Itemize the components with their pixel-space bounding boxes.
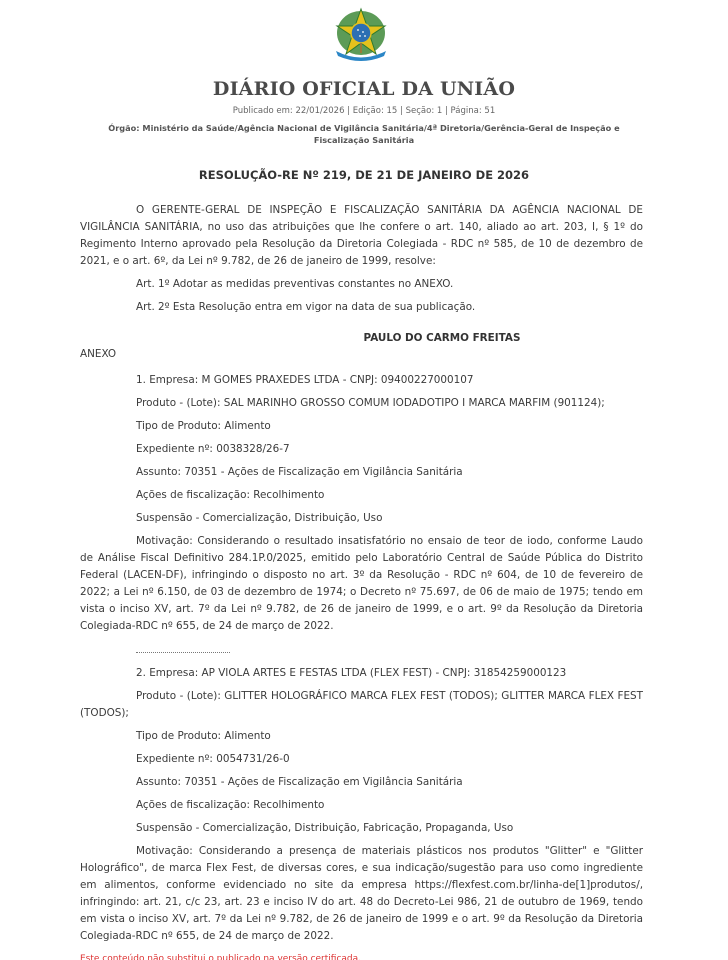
- item-product: Produto - (Lote): GLITTER HOLOGRÁFICO MA…: [80, 688, 643, 722]
- item-actions: Ações de fiscalização: Recolhimento: [80, 487, 643, 504]
- article-1: Art. 1º Adotar as medidas preventivas co…: [80, 276, 643, 293]
- signatory: PAULO DO CARMO FREITAS: [290, 332, 594, 344]
- article-2: Art. 2º Esta Resolução entra em vigor na…: [80, 299, 643, 316]
- article-1-text: Art. 1º Adotar as medidas preventivas co…: [80, 276, 643, 293]
- publication-title: DIÁRIO OFICIAL DA UNIÃO: [0, 78, 728, 100]
- annex-label: ANEXO: [80, 346, 643, 363]
- item-subject: Assunto: 70351 - Ações de Fiscalização e…: [80, 774, 643, 791]
- certified-version-note: Este conteúdo não substitui o publicado …: [80, 954, 361, 960]
- article-2-text: Art. 2º Esta Resolução entra em vigor na…: [80, 299, 643, 316]
- separator-dots: [136, 652, 230, 653]
- coat-of-arms-icon: [330, 6, 392, 64]
- publication-info: Publicado em: 22/01/2026 | Edição: 15 | …: [0, 106, 728, 116]
- item-expediente: Expediente nº: 0054731/26-0: [80, 751, 643, 768]
- annex-item-1: 1. Empresa: M GOMES PRAXEDES LTDA - CNPJ…: [80, 372, 643, 635]
- item-motivation: Motivação: Considerando o resultado insa…: [80, 533, 643, 635]
- preamble: O GERENTE-GERAL DE INSPEÇÃO E FISCALIZAÇ…: [80, 202, 643, 270]
- annex-label-text: ANEXO: [80, 346, 643, 363]
- item-expediente: Expediente nº: 0038328/26-7: [80, 441, 643, 458]
- annex-item-2: 2. Empresa: AP VIOLA ARTES E FESTAS LTDA…: [80, 665, 643, 945]
- item-motivation: Motivação: Considerando a presença de ma…: [80, 843, 643, 945]
- resolution-title: RESOLUÇÃO-RE Nº 219, DE 21 DE JANEIRO DE…: [0, 168, 728, 182]
- item-product-type: Tipo de Produto: Alimento: [80, 728, 643, 745]
- item-suspension: Suspensão - Comercialização, Distribuiçã…: [80, 820, 643, 837]
- issuing-agency: Órgão: Ministério da Saúde/Agência Nacio…: [100, 122, 628, 146]
- item-product-type: Tipo de Produto: Alimento: [80, 418, 643, 435]
- item-product: Produto - (Lote): SAL MARINHO GROSSO COM…: [80, 395, 643, 412]
- item-subject: Assunto: 70351 - Ações de Fiscalização e…: [80, 464, 643, 481]
- item-suspension: Suspensão - Comercialização, Distribuiçã…: [80, 510, 643, 527]
- item-company: 2. Empresa: AP VIOLA ARTES E FESTAS LTDA…: [80, 665, 643, 682]
- preamble-text: O GERENTE-GERAL DE INSPEÇÃO E FISCALIZAÇ…: [80, 202, 643, 270]
- item-actions: Ações de fiscalização: Recolhimento: [80, 797, 643, 814]
- item-company: 1. Empresa: M GOMES PRAXEDES LTDA - CNPJ…: [80, 372, 643, 389]
